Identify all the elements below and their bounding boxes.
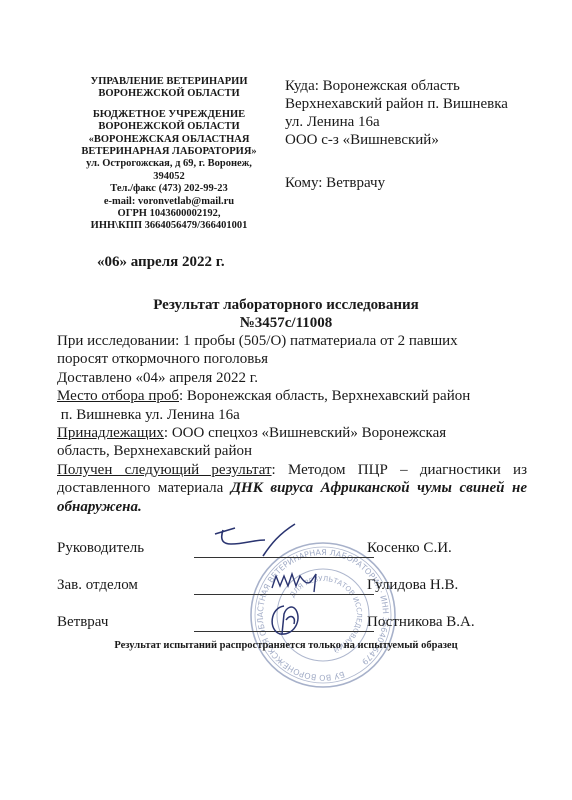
study-line-2: поросят откормочного поголовья	[57, 350, 527, 368]
owner-cont: область, Верхнехавский район	[57, 442, 527, 460]
footer-note: Результат испытаний распространяется тол…	[0, 640, 572, 651]
title-line-1: Результат лабораторного исследования	[0, 296, 572, 314]
recipient-line-2: Верхнехавский район п. Вишневка	[285, 95, 555, 113]
signature-kosenko	[205, 522, 325, 562]
address-line-2: 394052	[58, 171, 280, 183]
report-body: При исследовании: 1 пробы (505/О) патмат…	[57, 332, 527, 516]
sampling-place: Место отбора проб: Воронежская область, …	[57, 387, 527, 405]
institution-line-3: «ВОРОНЕЖСКАЯ ОБЛАСТНАЯ	[58, 134, 280, 146]
inn-kpp: ИНН\КПП 3664056479/366401001	[58, 220, 280, 232]
signature-postnikova	[262, 600, 312, 640]
recipient-line-3: ул. Ленина 16а	[285, 113, 555, 131]
sender-organization-block: УПРАВЛЕНИЕ ВЕТЕРИНАРИИ ВОРОНЕЖСКОЙ ОБЛАС…	[58, 76, 280, 233]
report-number: №3457с/11008	[0, 314, 572, 332]
recipient-line-4: ООО с-з «Вишневский»	[285, 131, 555, 149]
sampling-label: Место отбора проб	[57, 388, 179, 404]
sampling-value: : Воронежская область, Верхнехавский рай…	[179, 388, 470, 404]
recipient-whom: Кому: Ветврачу	[285, 175, 385, 192]
signer-role: Зав. отделом	[57, 577, 138, 594]
delivered-date: Доставлено «04» апреля 2022 г.	[57, 369, 527, 387]
phone-fax: Тел./факс (473) 202-99-23	[58, 183, 280, 195]
issue-date: «06» апреля 2022 г.	[97, 254, 225, 271]
ogrn: ОГРН 1043600002192,	[58, 208, 280, 220]
address-line-1: ул. Острогожская, д 69, г. Воронеж,	[58, 158, 280, 170]
department-line-2: ВОРОНЕЖСКОЙ ОБЛАСТИ	[58, 88, 280, 100]
institution-line-4: ВЕТЕРИНАРНАЯ ЛАБОРАТОРИЯ»	[58, 146, 280, 158]
result: Получен следующий результат: Методом ПЦР…	[57, 461, 527, 516]
signature-gulidova	[268, 568, 328, 598]
institution-line-1: БЮДЖЕТНОЕ УЧРЕЖДЕНИЕ	[58, 109, 280, 121]
institution-line-2: ВОРОНЕЖСКОЙ ОБЛАСТИ	[58, 121, 280, 133]
owner-label: Принадлежащих	[57, 425, 164, 441]
signer-role: Ветврач	[57, 614, 108, 631]
study-line-1: При исследовании: 1 пробы (505/О) патмат…	[57, 332, 527, 350]
owner-value: : ООО спецхоз «Вишневский» Воронежская	[164, 425, 446, 441]
recipient-address-block: Куда: Воронежская область Верхнехавский …	[285, 77, 555, 149]
department-line-1: УПРАВЛЕНИЕ ВЕТЕРИНАРИИ	[58, 76, 280, 88]
email: e-mail: voronvetlab@mail.ru	[58, 196, 280, 208]
signer-name: Косенко С.И.	[367, 540, 452, 557]
signer-role: Руководитель	[57, 540, 144, 557]
signer-name: Постникова В.А.	[367, 614, 475, 631]
owner: Принадлежащих: ООО спецхоз «Вишневский» …	[57, 424, 527, 442]
signer-name: Гулидова Н.В.	[367, 577, 458, 594]
recipient-line-1: Куда: Воронежская область	[285, 77, 555, 95]
result-label: Получен следующий результат	[57, 462, 272, 478]
document-title: Результат лабораторного исследования №34…	[0, 296, 572, 332]
sampling-place-cont: п. Вишневка ул. Ленина 16а	[57, 406, 527, 424]
